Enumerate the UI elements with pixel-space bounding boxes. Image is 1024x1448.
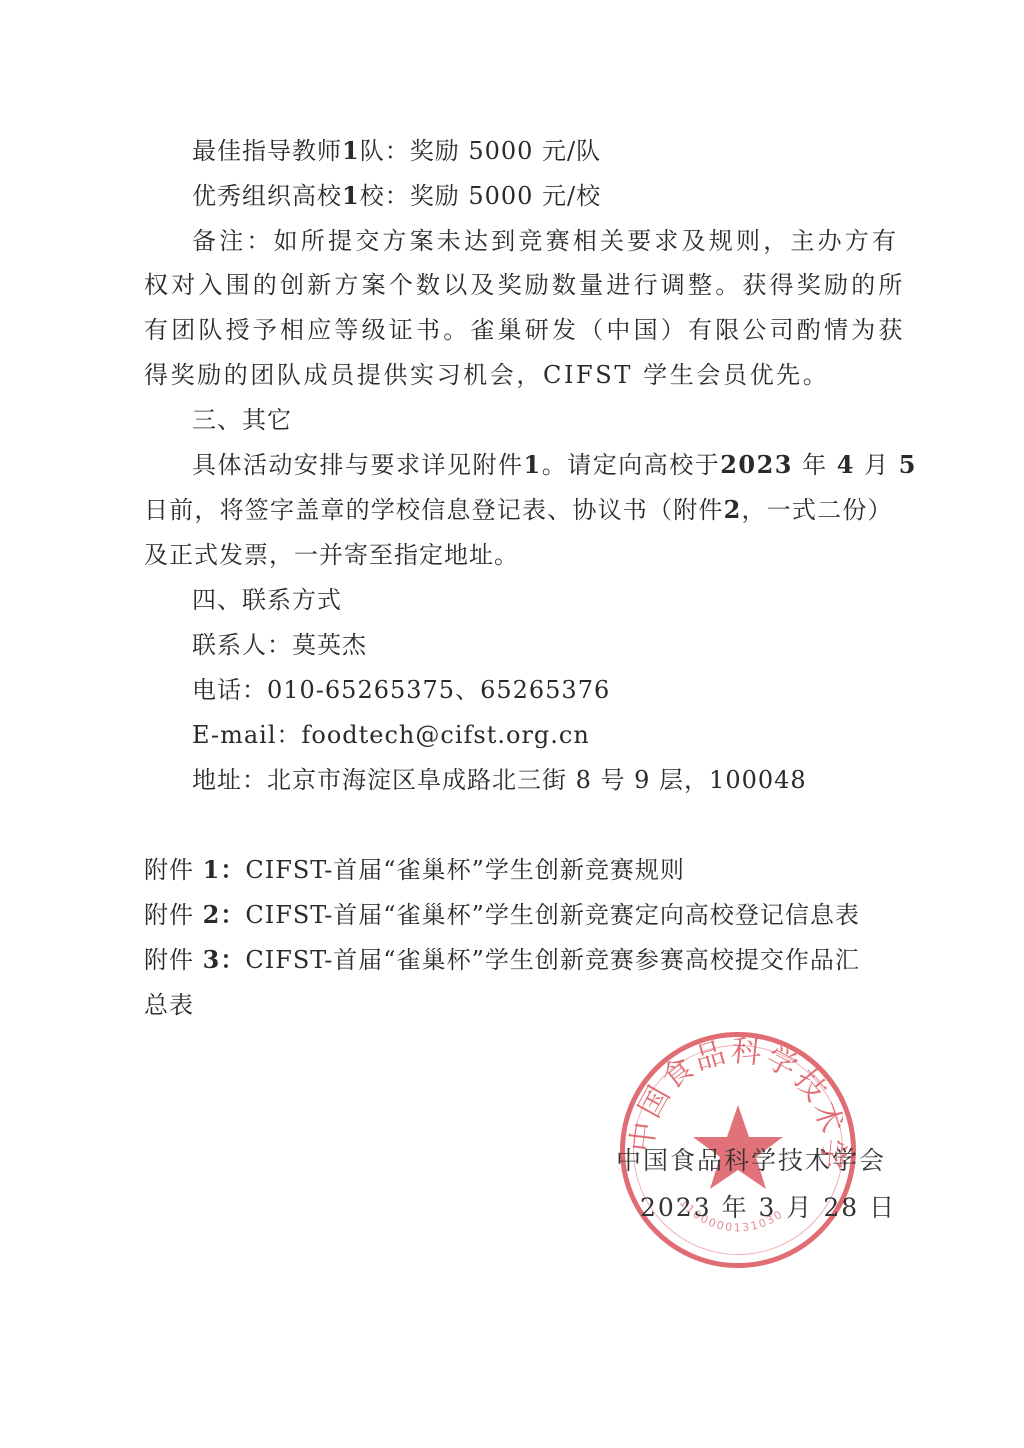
- award-label: 优秀组织高校: [192, 182, 342, 210]
- attachment-title: CIFST-首届“雀巢杯”学生创新竞赛规则: [245, 856, 685, 884]
- section3-paragraph: 日前，将签字盖章的学校信息登记表、协议书（附件2，一式二份）: [144, 495, 893, 525]
- text: 2: [724, 495, 742, 524]
- attachment-num: 1：: [203, 855, 246, 884]
- award-best-org: 优秀组织高校1校：奖励 5000 元/校: [192, 181, 601, 211]
- contact-email: E-mail：foodtech@cifst.org.cn: [192, 720, 590, 750]
- note-line: 得奖励的团队成员提供实习机会，CIFST 学生会员优先。: [144, 360, 829, 390]
- award-amount: 校：奖励 5000 元/校: [360, 182, 601, 210]
- text: 。请定向高校于: [542, 451, 721, 479]
- section3-paragraph: 及正式发票，一并寄至指定地址。: [144, 540, 519, 570]
- award-count: 1: [342, 181, 360, 210]
- signature-organization: 中国食品科学技术学会: [616, 1146, 886, 1176]
- contact-person: 联系人：莫英杰: [192, 630, 367, 660]
- text: 月: [864, 451, 890, 479]
- text: 年: [802, 451, 828, 479]
- attachment-item: 附件 1：CIFST-首届“雀巢杯”学生创新竞赛规则: [144, 855, 685, 885]
- attachment-num: 2：: [203, 900, 246, 929]
- award-best-advisor: 最佳指导教师1队：奖励 5000 元/队: [192, 136, 601, 166]
- attachment-label: 附件: [144, 856, 194, 884]
- text: 具体活动安排与要求详见附件: [192, 451, 524, 479]
- attachment-title: CIFST-首届“雀巢杯”学生创新竞赛参赛高校提交作品汇: [245, 946, 860, 974]
- text: 4: [837, 450, 855, 479]
- section3-heading: 三、其它: [192, 405, 292, 435]
- attachment-item: 附件 3：CIFST-首届“雀巢杯”学生创新竞赛参赛高校提交作品汇: [144, 945, 860, 975]
- text: 日前，将签字盖章的学校信息登记表、协议书（附件: [144, 496, 724, 524]
- text: 5: [899, 450, 917, 479]
- text: 1: [524, 450, 542, 479]
- note-line: 有团队授予相应等级证书。雀巢研发（中国）有限公司酌情为获: [144, 315, 906, 345]
- award-amount: 队：奖励 5000 元/队: [360, 137, 601, 165]
- attachment-item: 附件 2：CIFST-首届“雀巢杯”学生创新竞赛定向高校登记信息表: [144, 900, 860, 930]
- note-line: 权对入围的创新方案个数以及奖励数量进行调整。获得奖励的所: [144, 270, 906, 300]
- note-line: 备注：如所提交方案未达到竞赛相关要求及规则，主办方有: [192, 226, 899, 256]
- text: ，一式二份）: [742, 496, 893, 524]
- attachment-item-continued: 总表: [144, 990, 194, 1020]
- attachment-label: 附件: [144, 901, 194, 929]
- section3-paragraph: 具体活动安排与要求详见附件1。请定向高校于2023 年 4 月 5: [192, 450, 917, 480]
- attachment-label: 附件: [144, 946, 194, 974]
- award-label: 最佳指导教师: [192, 137, 342, 165]
- text: 2023: [720, 450, 793, 479]
- attachment-title: CIFST-首届“雀巢杯”学生创新竞赛定向高校登记信息表: [245, 901, 860, 929]
- signature-date: 2023 年 3 月 28 日: [640, 1193, 896, 1223]
- contact-phone: 电话：010-65265375、65265376: [192, 675, 610, 705]
- contact-address: 地址：北京市海淀区阜成路北三街 8 号 9 层，100048: [192, 765, 807, 795]
- award-count: 1: [342, 136, 360, 165]
- section4-heading: 四、联系方式: [192, 585, 342, 615]
- attachment-num: 3：: [203, 945, 246, 974]
